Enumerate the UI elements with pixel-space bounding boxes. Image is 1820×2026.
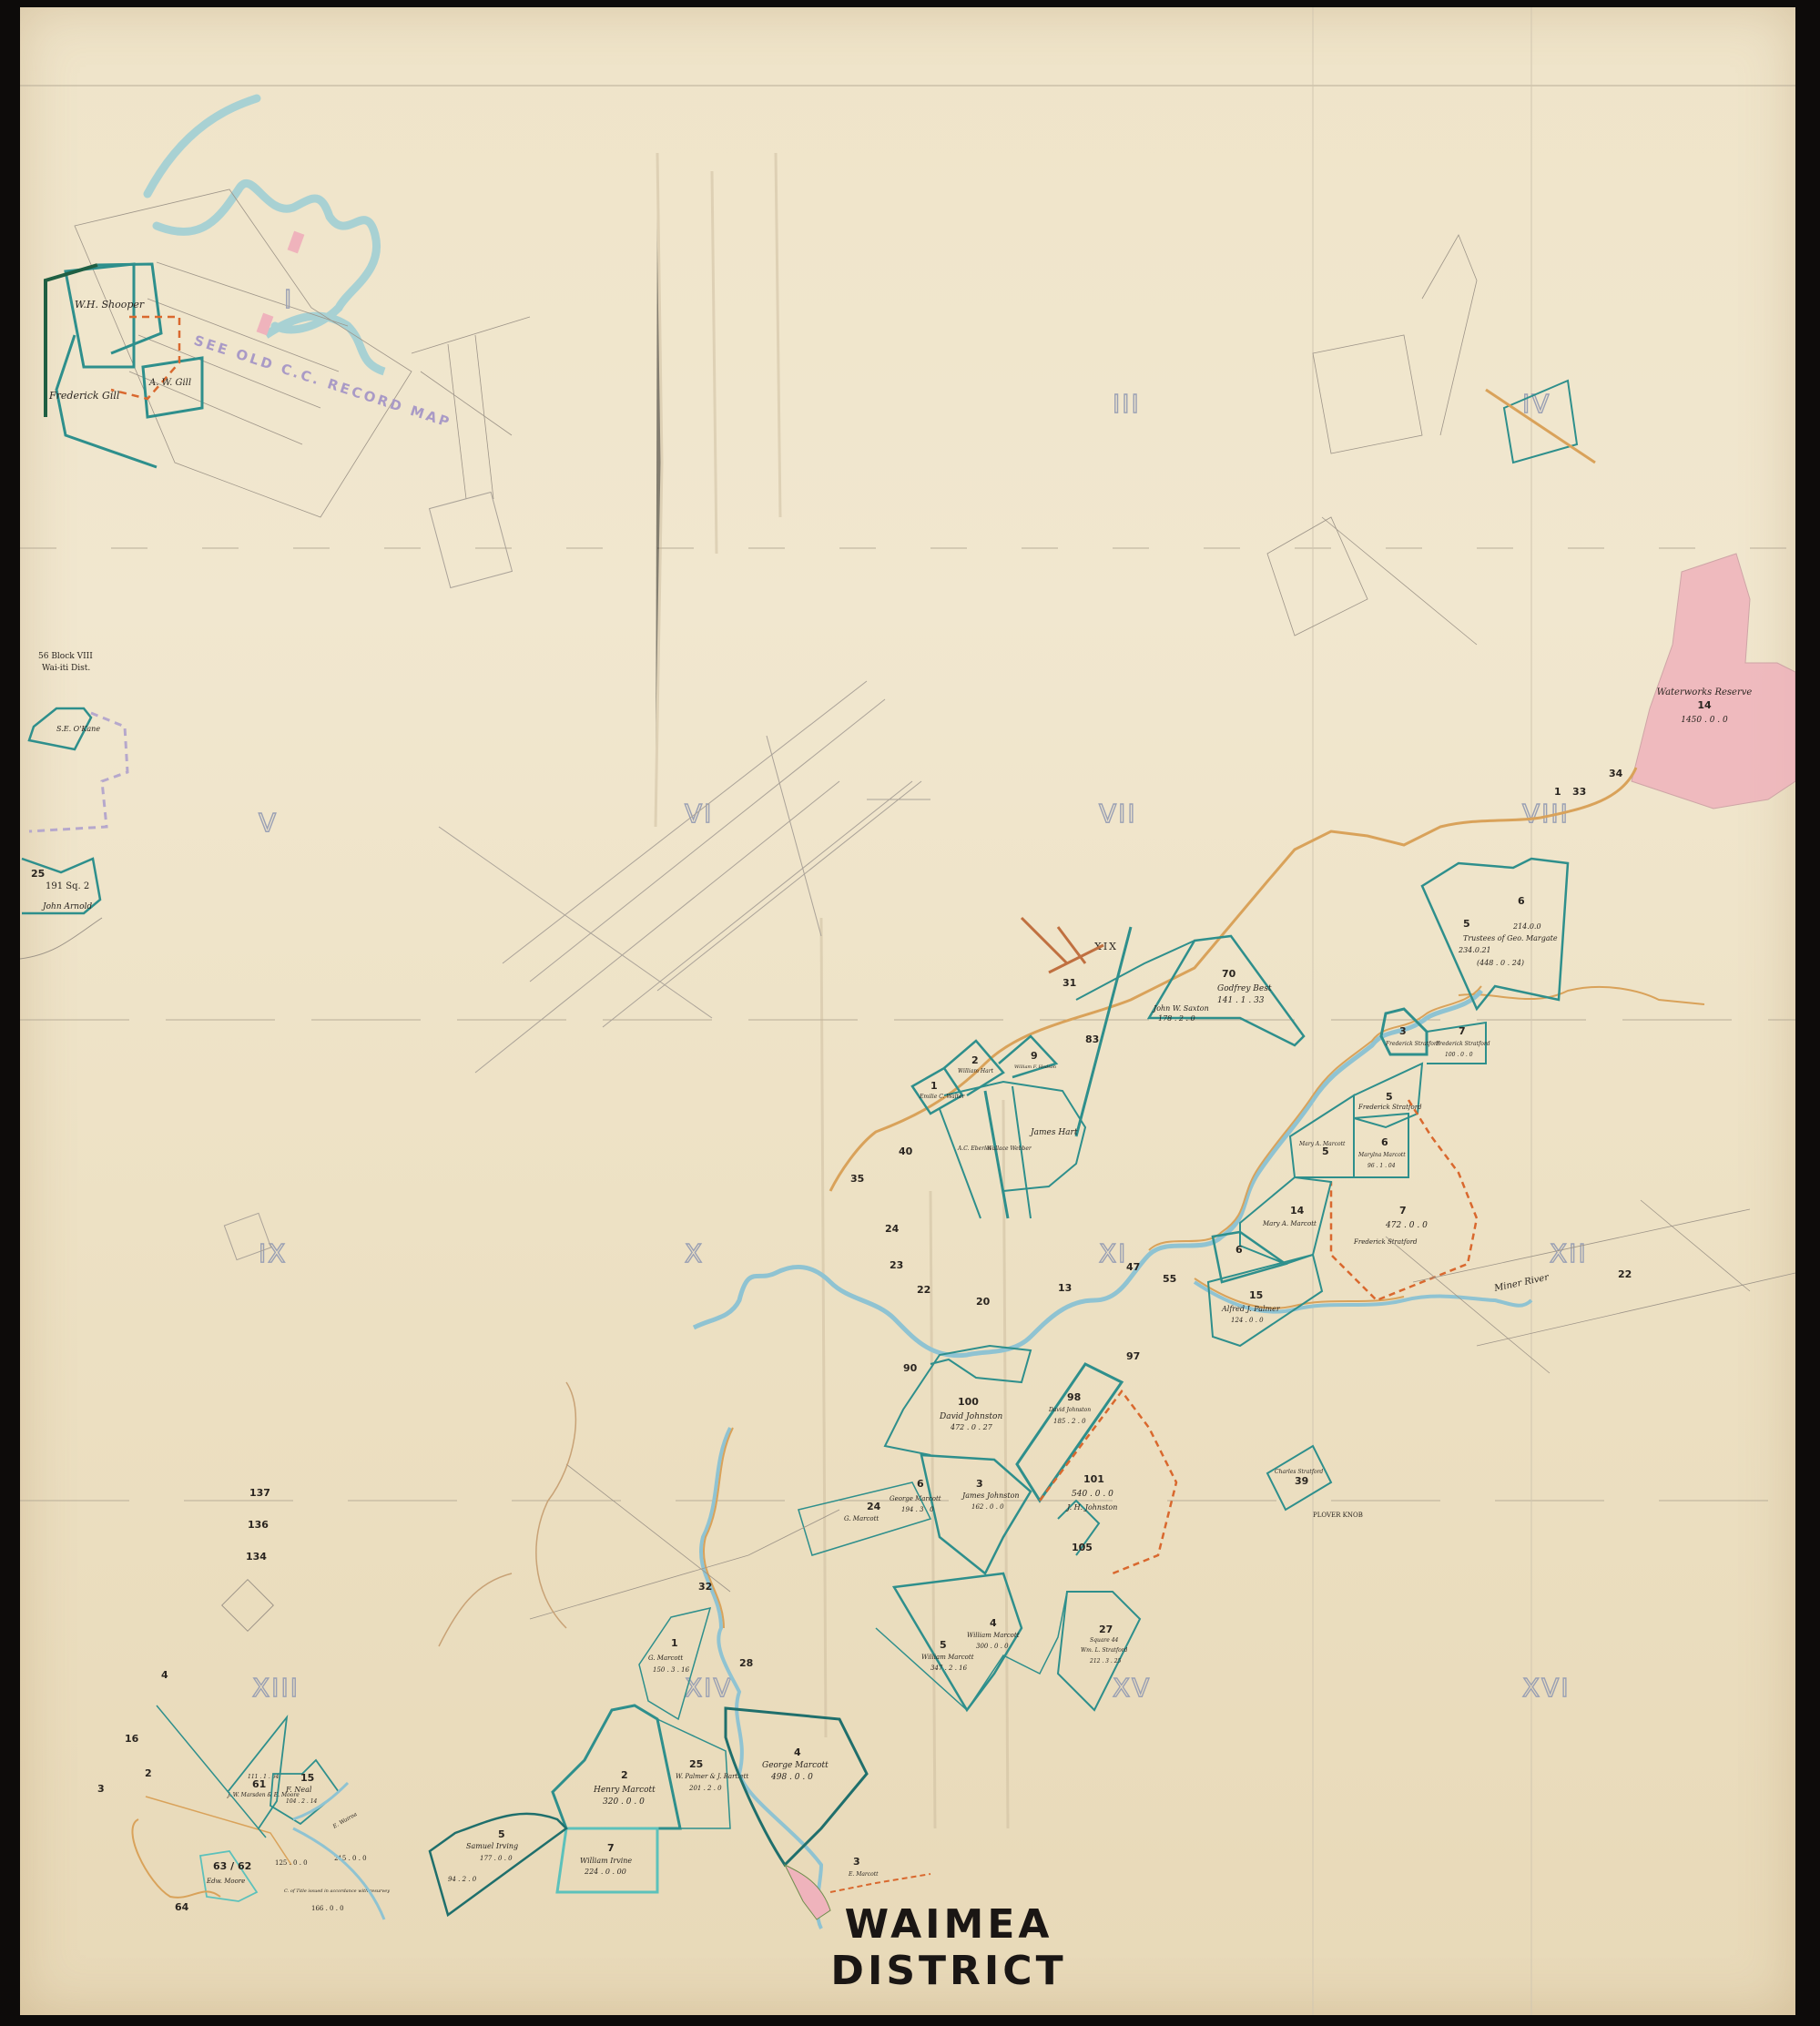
parcel-area: 111 . 1 . 04 xyxy=(248,1774,280,1780)
title-note: C. of Title issued in accordance with re… xyxy=(284,1889,390,1894)
block-label-xiii: XIII xyxy=(252,1673,300,1703)
parcel-label: Wallace Webber xyxy=(987,1145,1032,1152)
map-canvas: SEE OLD C.C. RECORD MAP W.H. Shooper Fre… xyxy=(20,7,1795,2015)
parcel-number: 5 xyxy=(498,1828,505,1840)
parcel-number: 3 xyxy=(853,1856,860,1868)
section-number: 35 xyxy=(850,1173,864,1185)
parcel-number: 1 xyxy=(671,1637,678,1649)
section-number: 25 xyxy=(31,868,45,880)
parcel-number: 2 xyxy=(621,1769,628,1781)
parcel-area: 185 . 2 . 0 xyxy=(1053,1418,1086,1425)
parcel-area: 320 . 0 . 0 xyxy=(603,1797,645,1807)
parcel-label: Edw. Moore xyxy=(206,1878,245,1885)
parcel-number: 7 xyxy=(1459,1025,1466,1037)
parcel-label: Mary A. Marcott xyxy=(1262,1220,1317,1227)
section-number: 40 xyxy=(899,1145,913,1157)
block-label-ix: IX xyxy=(259,1238,287,1268)
parcel-number: 70 xyxy=(1222,968,1236,980)
parcel-number: 2 xyxy=(971,1054,979,1066)
section-number: 23 xyxy=(890,1259,903,1271)
parcel-label: David Johnston xyxy=(1048,1407,1091,1413)
stratford-parcels[interactable]: 3 Frederick Stratford 7 Frederick Stratf… xyxy=(1208,1009,1490,1519)
parcel-label: James Johnston xyxy=(961,1492,1020,1500)
parcel-number: 1 xyxy=(930,1080,938,1092)
northeast-parcels xyxy=(1267,235,1595,645)
section-number: 33 xyxy=(1572,786,1586,798)
parcel-area: 194 . 3 . 0 xyxy=(901,1506,934,1513)
parcel-number: 5 xyxy=(1386,1091,1393,1103)
section-number: 24 xyxy=(885,1223,900,1235)
parcel-area: 141 . 1 . 33 xyxy=(1217,996,1265,1005)
parcel-area: (448 . 0 . 24) xyxy=(1477,959,1524,967)
section-number: 55 xyxy=(1163,1273,1176,1285)
parcel-number: 14 xyxy=(1697,699,1712,711)
section-number: 1 xyxy=(1554,786,1561,798)
section-number: 22 xyxy=(917,1284,930,1296)
parcel-area: 212 . 3 . 25 xyxy=(1089,1658,1122,1665)
parcel-area: 472 . 0 . 0 xyxy=(1385,1221,1428,1230)
parcel-area: 96 . 1 . 04 xyxy=(1368,1163,1396,1169)
section-number: 20 xyxy=(976,1296,991,1308)
parcel-label: Wm. L. Stratford xyxy=(1081,1647,1128,1654)
parcel-area: 540 . 0 . 0 xyxy=(1072,1490,1113,1499)
parcel-number: 105 xyxy=(1072,1542,1093,1553)
section-number: 2 xyxy=(145,1767,152,1779)
parcel-area: 201 . 2 . 0 xyxy=(688,1785,722,1792)
parcel-area: 150 . 3 . 16 xyxy=(653,1666,690,1674)
section-number: 28 xyxy=(739,1657,753,1669)
parcel-area: 498 . 0 . 0 xyxy=(770,1773,813,1782)
parcel-number: 39 xyxy=(1295,1475,1308,1487)
section-number: 97 xyxy=(1126,1350,1140,1362)
block-label-xv: XV xyxy=(1113,1673,1151,1703)
parcel-number: 3 xyxy=(976,1478,983,1490)
parcel-label: G. Marcott xyxy=(648,1654,683,1662)
parcel-label: Henry Marcott xyxy=(593,1786,656,1795)
parcel-number: 15 xyxy=(1249,1289,1263,1301)
parcel-number: 6 xyxy=(1518,895,1525,907)
block-label-iii: III xyxy=(1113,389,1141,419)
parcel-label: Charles Stratford xyxy=(1275,1469,1323,1475)
map-sheet: SEE OLD C.C. RECORD MAP W.H. Shooper Fre… xyxy=(20,7,1795,2015)
section-number: 16 xyxy=(125,1733,139,1745)
parcel-area: 214.0.0 xyxy=(1512,922,1541,931)
parcel-number: 5 xyxy=(1463,918,1470,930)
parcel-label: William Irvine xyxy=(580,1857,632,1865)
section-number: 32 xyxy=(698,1581,712,1593)
block-label-i: I xyxy=(284,284,293,314)
west-margin-parcels: 56 Block VIII Wai-iti Dist. 191 Sq. 2 Jo… xyxy=(20,652,127,959)
hart-parcels[interactable]: 1 Emilie C. Walter 2 William Hart 9 Will… xyxy=(912,1036,1085,1218)
loose-section-numbers: 24 23 22 35 40 83 31 90 20 13 47 55 97 3… xyxy=(31,768,1632,1913)
survey-lines-vi xyxy=(224,492,930,1259)
parcel-number: 6 xyxy=(917,1478,924,1490)
parcel-number: 191 Sq. 2 xyxy=(46,881,89,891)
parcel-label: S.E. O'Kane xyxy=(56,725,100,733)
parcel-number: 4 xyxy=(990,1617,997,1629)
block-label-xvi: XVI xyxy=(1522,1673,1571,1703)
parcel-area: 125 . 0 . 0 xyxy=(275,1859,308,1867)
parcel-number: 14 xyxy=(1290,1205,1305,1217)
block-label-xiv: XIV xyxy=(685,1673,733,1703)
parcel-label: John W. Saxton xyxy=(1152,1004,1209,1013)
block-xiii-parcels[interactable]: 61 J. W. Marsden & E. Moore 111 . 1 . 04… xyxy=(132,1580,390,1919)
parcel-number: 6 xyxy=(1381,1136,1388,1148)
waterworks-reserve[interactable]: Waterworks Reserve 14 1450 . 0 . 0 xyxy=(1632,554,1795,809)
parcel-label: William Hart xyxy=(958,1068,994,1074)
marcott-south-parcels[interactable]: 4 William Marcott 300 . 0 . 0 5 William … xyxy=(798,1482,1140,1710)
parcel-label: G. Marcott xyxy=(844,1515,879,1522)
parcel-area: 300 . 0 . 0 xyxy=(976,1643,1009,1650)
parcel-number: 63 / 62 xyxy=(213,1860,251,1872)
section-number: 83 xyxy=(1085,1033,1099,1045)
estuary-block-i: SEE OLD C.C. RECORD MAP W.H. Shooper Fre… xyxy=(46,98,530,517)
parcel-area: 100 . 0 . 0 xyxy=(1445,1052,1473,1058)
block-viii-ref-note: 56 Block VIII xyxy=(38,652,93,661)
section-number: 22 xyxy=(1618,1268,1632,1280)
parcel-note: Square 44 xyxy=(1090,1637,1119,1644)
parcel-label: William Marcott xyxy=(921,1654,974,1661)
best-saxton-parcels[interactable]: 70 Godfrey Best 141 . 1 . 33 John W. Sax… xyxy=(1022,918,1304,1136)
section-number: 90 xyxy=(903,1362,918,1374)
east-road xyxy=(1459,987,1704,1004)
parcel-label: George Marcott xyxy=(890,1495,941,1502)
parcel-label: Samuel Irving xyxy=(466,1842,518,1850)
parcel-label: E. Marcott xyxy=(848,1871,879,1878)
parcel-label: Godfrey Best xyxy=(1217,984,1272,993)
parcel-area: 234.0.21 xyxy=(1458,946,1491,954)
parcel-label: A. W. Gill xyxy=(148,378,191,388)
parcel-number: 100 xyxy=(958,1396,979,1408)
parcel-area: 94 . 2 . 0 xyxy=(448,1876,477,1883)
block-xiv-parcels[interactable]: 1 G. Marcott 150 . 3 . 16 2 Henry Marcot… xyxy=(430,1608,930,1919)
parcel-number: 9 xyxy=(1031,1050,1038,1062)
parcel-number: 4 xyxy=(794,1746,801,1758)
parcel-area: 178 . 2 . 0 xyxy=(1158,1014,1195,1023)
parcel-label: David Johnston xyxy=(939,1412,1002,1421)
block-label-vii: VII xyxy=(1099,799,1137,829)
parcel-label: J. H. Johnston xyxy=(1065,1503,1117,1512)
map-title: WAIMEA DISTRICT xyxy=(721,1901,1176,1994)
parcel-label: Waterworks Reserve xyxy=(1657,687,1753,697)
river-label: Miner River xyxy=(1492,1272,1551,1294)
parcel-label: Frederick Gill xyxy=(48,390,120,402)
parcel-area: 162 . 0 . 0 xyxy=(971,1503,1004,1511)
section-number: 137 xyxy=(249,1487,270,1499)
parcel-label: A.C. Eberlei xyxy=(957,1145,991,1152)
parcel-number: 24 xyxy=(867,1501,881,1512)
block-label-xi: XI xyxy=(1099,1238,1127,1268)
section-number: 134 xyxy=(246,1551,267,1563)
parcel-number: 27 xyxy=(1099,1624,1113,1635)
section-number: 13 xyxy=(1058,1282,1072,1294)
waiiti-dist-note: Wai-iti Dist. xyxy=(42,664,90,673)
parcel-label: Frederick Stratford xyxy=(1353,1238,1418,1246)
see-old-cc-record-map-note: SEE OLD C.C. RECORD MAP xyxy=(192,332,454,432)
parcel-label: George Marcott xyxy=(762,1761,829,1770)
parcel-label: F. Neal xyxy=(285,1786,312,1794)
section-number: 4 xyxy=(161,1669,168,1681)
parcel-label: James Hart xyxy=(1029,1128,1078,1137)
parcel-label: W.H. Shooper xyxy=(75,299,145,311)
section-number: 3 xyxy=(97,1783,105,1795)
section-number: 47 xyxy=(1126,1261,1140,1273)
parcel-area: 224 . 0 . 00 xyxy=(584,1868,626,1876)
parcel-label: Alfred J. Palmer xyxy=(1221,1305,1281,1313)
parcel-number: 101 xyxy=(1083,1473,1104,1485)
section-number: 34 xyxy=(1609,768,1623,779)
plover-knob-label: PLOVER KNOB xyxy=(1313,1512,1363,1519)
johnston-parcels[interactable]: 100 David Johnston 472 . 0 . 27 98 David… xyxy=(885,1346,1176,1573)
parcel-area: 472 . 0 . 27 xyxy=(950,1423,993,1431)
parcel-area: 166 . 0 . 0 xyxy=(311,1905,344,1912)
section-number: 136 xyxy=(248,1519,269,1531)
parcel-number: 3 xyxy=(1399,1025,1407,1037)
parcel-area: 177 . 0 . 0 xyxy=(480,1855,513,1862)
parcel-number: 7 xyxy=(607,1842,615,1854)
parcel-number: 6 xyxy=(1235,1244,1243,1256)
parcel-label: Frederick Stratford xyxy=(1385,1041,1440,1047)
parcel-area: 347 . 2 . 16 xyxy=(930,1665,968,1672)
parcel-number: 25 xyxy=(689,1758,703,1770)
section-number: 64 xyxy=(175,1901,189,1913)
parcel-label: Frederick Stratford xyxy=(1435,1041,1490,1047)
block-label-xii: XII xyxy=(1550,1238,1588,1268)
section-number: 31 xyxy=(1063,977,1076,989)
parcel-label: William Marcott xyxy=(967,1632,1020,1639)
parcel-number: 15 xyxy=(300,1772,314,1784)
parcel-label: William F. Hodson xyxy=(1014,1064,1056,1070)
parcel-area: 124 . 0 . 0 xyxy=(1231,1317,1264,1324)
river-label: E. Wairoa xyxy=(331,1811,359,1830)
parcel-number: 98 xyxy=(1067,1391,1081,1403)
block-label-x: X xyxy=(685,1238,704,1268)
parcel-area: 1450 . 0 . 0 xyxy=(1681,716,1728,725)
parcel-label: Marylna Marcott xyxy=(1357,1152,1406,1158)
parcel-area: 104 . 2 . 14 xyxy=(286,1798,318,1805)
parcel-label: Mary A. Marcott xyxy=(1298,1141,1346,1147)
block-label-v: V xyxy=(259,808,278,838)
parcel-number: 7 xyxy=(1399,1205,1407,1217)
parcel-label: Emilie C. Walter xyxy=(919,1094,966,1100)
margate-trustees-parcels[interactable]: 5 Trustees of Geo. Margate 234.0.21 6 21… xyxy=(1422,859,1568,1009)
parcel-label: Trustees of Geo. Margate xyxy=(1463,934,1558,942)
parcel-number: 5 xyxy=(940,1639,947,1651)
parcel-label: John Arnold xyxy=(41,902,92,911)
